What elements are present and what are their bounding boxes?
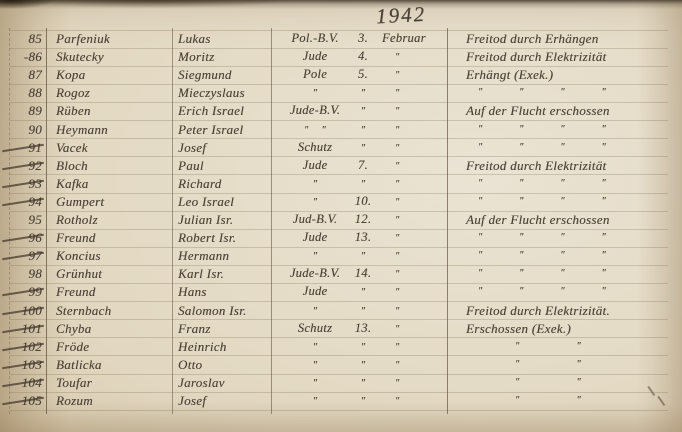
ditto-mark: ″ [577, 374, 581, 392]
date-month: Februar [382, 30, 440, 48]
category: Schutz [274, 320, 356, 338]
table-row: 92BlochPaulJude7.″Freitod durch Elektriz… [0, 157, 682, 175]
date-month: ″ [382, 84, 453, 102]
category: Pole [274, 66, 356, 84]
date-month: ″ [382, 283, 453, 301]
ditto-mark: ″ [519, 139, 523, 157]
date-month: ″ [382, 374, 453, 392]
first-name: Salomon Isr. [178, 302, 247, 320]
row-number: 105 [8, 392, 42, 410]
surname: Parfeniuk [56, 30, 110, 48]
document-scan: 1942 85ParfeniukLukasPol.-B.V.3.FebruarF… [0, 0, 682, 432]
category: ″ [274, 374, 356, 392]
surname: Chyba [56, 320, 91, 338]
table-row: 87KopaSiegmundPole5.″Erhängt (Exek.) [0, 66, 682, 84]
ditto-mark: ″ [313, 88, 317, 99]
ditto-mark: ″ [304, 125, 308, 136]
ditto-mark: ″ [519, 84, 523, 102]
category: ″ [274, 247, 356, 265]
table-row: 105RozumJosef″″″″″ [0, 392, 682, 410]
ditto-mark: ″ [395, 287, 399, 298]
ditto-mark: ″ [577, 392, 581, 410]
date-day: 4. [348, 48, 378, 66]
ditto-mark: ″ [602, 283, 606, 301]
date-day: ″ [348, 338, 378, 356]
surname: Gumpert [56, 193, 104, 211]
date-month: ″ [382, 247, 453, 265]
ditto-mark: ″ [560, 247, 564, 265]
date-day: ″ [348, 84, 378, 102]
date-day: ″ [348, 175, 378, 193]
ditto-mark: ″ [602, 265, 606, 283]
first-name: Otto [178, 356, 202, 374]
row-number: 91 [8, 139, 42, 157]
row-number: 100 [8, 302, 42, 320]
date-day: ″ [348, 102, 378, 120]
date-month: ″ [382, 139, 453, 157]
ditto-mark: ″ [515, 356, 519, 374]
date-day: 14. [348, 265, 378, 283]
category: Jude [274, 48, 356, 66]
first-name: Richard [178, 175, 222, 193]
first-name: Jaroslav [178, 374, 225, 392]
category: ″ [274, 193, 356, 211]
date-month: ″ [382, 102, 453, 120]
ditto-mark: ″ [395, 70, 399, 81]
first-name: Josef [178, 139, 206, 157]
surname: Sternbach [56, 302, 111, 320]
ditto-mark: ″ [602, 84, 606, 102]
category: Jude [274, 283, 356, 301]
ditto-mark: ″ [361, 88, 365, 99]
ditto-mark: ″ [313, 306, 317, 317]
ditto-mark: ″ [519, 229, 523, 247]
row-number: 90 [8, 121, 42, 139]
ditto-mark: ″ [515, 392, 519, 410]
ditto-mark: ″ [395, 106, 399, 117]
ditto-mark: ″ [313, 342, 317, 353]
date-month: ″ [382, 66, 453, 84]
category: Pol.-B.V. [274, 30, 356, 48]
surname: Rüben [56, 102, 91, 120]
ditto-mark: ″ [478, 175, 482, 193]
surname: Vacek [56, 139, 88, 157]
cause-of-death: ″″ [515, 392, 581, 410]
row-number: 103 [8, 356, 42, 374]
ditto-mark: ″ [395, 306, 399, 317]
row-number: 89 [8, 102, 42, 120]
date-month: ″ [382, 229, 453, 247]
date-month: ″ [382, 193, 453, 211]
ditto-mark: ″ [602, 229, 606, 247]
ditto-mark: ″ [560, 229, 564, 247]
table-row: 98GrünhutKarl Isr.Jude-B.V.14.″″″″″ [0, 265, 682, 283]
surname: Bloch [56, 157, 88, 175]
surname: Batlicka [56, 356, 102, 374]
category: Jude-B.V. [274, 102, 356, 120]
ditto-mark: ″ [361, 360, 365, 371]
ditto-mark: ″ [478, 139, 482, 157]
table-row: 85ParfeniukLukasPol.-B.V.3.FebruarFreito… [0, 30, 682, 48]
cause-of-death: ″″″″ [478, 175, 606, 193]
cause-of-death: Freitod durch Elektrizität [466, 157, 606, 175]
date-day: 13. [348, 320, 378, 338]
row-number: 94 [8, 193, 42, 211]
cause-of-death: ″″″″ [478, 283, 606, 301]
table-row: 93KafkaRichard″″″″″″″ [0, 175, 682, 193]
table-row: 97KonciusHermann″″″″″″″ [0, 247, 682, 265]
surname: Freund [56, 283, 96, 301]
ditto-mark: ″ [313, 251, 317, 262]
first-name: Lukas [178, 30, 211, 48]
ditto-mark: ″ [560, 283, 564, 301]
ditto-mark: ″ [395, 269, 399, 280]
surname: Rogoz [56, 84, 90, 102]
row-number: 98 [8, 265, 42, 283]
first-name: Hans [178, 283, 207, 301]
ditto-mark: ″ [361, 378, 365, 389]
ditto-mark: ″ [515, 338, 519, 356]
table-row: 90HeymannPeter Israel″ ″″″″″″″ [0, 121, 682, 139]
category: Jude [274, 157, 356, 175]
table-row: 101ChybaFranzSchutz13.″Erschossen (Exek.… [0, 320, 682, 338]
ditto-mark: ″ [361, 143, 365, 154]
first-name: Hermann [178, 247, 229, 265]
date-day: ″ [348, 356, 378, 374]
row-number: -86 [8, 48, 42, 66]
ditto-mark: ″ [560, 84, 564, 102]
cause-of-death: ″″″″ [478, 84, 606, 102]
ditto-mark: ″ [577, 356, 581, 374]
category: ″ [274, 338, 356, 356]
ditto-mark: ″ [395, 342, 399, 353]
date-month: ″ [382, 320, 453, 338]
ditto-mark: ″ [478, 193, 482, 211]
ditto-mark: ″ [313, 396, 317, 407]
ditto-mark: ″ [361, 251, 365, 262]
cause-of-death: ″″″″ [478, 121, 606, 139]
ditto-mark: ″ [361, 106, 365, 117]
surname: Rotholz [56, 211, 98, 229]
date-day: 3. [348, 30, 378, 48]
ditto-mark: ″ [478, 283, 482, 301]
category: ″ [274, 302, 356, 320]
date-month: ″ [382, 302, 453, 320]
surname: Grünhut [56, 265, 102, 283]
date-day: 10. [348, 193, 378, 211]
date-month: ″ [382, 392, 453, 410]
ditto-mark: ″ [395, 233, 399, 244]
surname: Fröde [56, 338, 89, 356]
row-number: 102 [8, 338, 42, 356]
date-month: ″ [382, 175, 453, 193]
surname: Skutecky [56, 48, 104, 66]
first-name: Paul [178, 157, 204, 175]
ditto-mark: ″ [602, 175, 606, 193]
category: ″ ″ [274, 121, 356, 139]
ditto-mark: ″ [478, 265, 482, 283]
date-day: ″ [348, 392, 378, 410]
ditto-mark: ″ [560, 193, 564, 211]
ditto-mark: ″ [361, 396, 365, 407]
ditto-mark: ″ [602, 139, 606, 157]
cause-of-death: ″″ [515, 374, 581, 392]
date-month: ″ [382, 338, 453, 356]
row-number: 85 [8, 30, 42, 48]
ditto-mark: ″ [395, 360, 399, 371]
cause-of-death: ″″″″ [478, 247, 606, 265]
table-row: 103BatlickaOtto″″″″″ [0, 356, 682, 374]
date-day: 13. [348, 229, 378, 247]
table-row: 95RotholzJulian Isr.Jud-B.V.12.″Auf der … [0, 211, 682, 229]
first-name: Julian Isr. [178, 211, 233, 229]
date-day: ″ [348, 374, 378, 392]
table-row: 94GumpertLeo Israel″10.″″″″″ [0, 193, 682, 211]
table-row: 88RogozMieczyslaus″″″″″″″ [0, 84, 682, 102]
date-day: ″ [348, 121, 378, 139]
row-number: 88 [8, 84, 42, 102]
category: Jude-B.V. [274, 265, 356, 283]
ditto-mark: ″ [560, 265, 564, 283]
date-day: ″ [348, 283, 378, 301]
surname: Toufar [56, 374, 92, 392]
date-month: ″ [382, 211, 453, 229]
ditto-mark: ″ [395, 378, 399, 389]
surname: Kopa [56, 66, 85, 84]
ditto-mark: ″ [602, 193, 606, 211]
first-name: Franz [178, 320, 211, 338]
row-number: 97 [8, 247, 42, 265]
cause-of-death: Freitod durch Erhängen [466, 30, 599, 48]
surname: Kafka [56, 175, 89, 193]
ditto-mark: ″ [478, 84, 482, 102]
first-name: Erich Israel [178, 102, 244, 120]
ditto-mark: ″ [313, 378, 317, 389]
table-row: -86SkuteckyMoritzJude4.″Freitod durch El… [0, 48, 682, 66]
first-name: Mieczyslaus [178, 84, 245, 102]
ditto-mark: ″ [395, 251, 399, 262]
ditto-mark: ″ [519, 247, 523, 265]
table-row: 96FreundRobert Isr.Jude13.″″″″″ [0, 229, 682, 247]
date-day: ″ [348, 247, 378, 265]
ditto-mark: ″ [361, 287, 365, 298]
ditto-mark: ″ [478, 229, 482, 247]
table-row: 100SternbachSalomon Isr.″″″Freitod durch… [0, 302, 682, 320]
first-name: Josef [178, 392, 206, 410]
ditto-mark: ″ [395, 197, 399, 208]
ditto-mark: ″ [560, 175, 564, 193]
row-number: 99 [8, 283, 42, 301]
date-month: ″ [382, 121, 453, 139]
surname: Koncius [56, 247, 101, 265]
date-month: ″ [382, 356, 453, 374]
ditto-mark: ″ [395, 324, 399, 335]
date-month: ″ [382, 265, 453, 283]
ditto-mark: ″ [395, 52, 399, 63]
ditto-mark: ″ [395, 125, 399, 136]
cause-of-death: ″″″″ [478, 229, 606, 247]
first-name: Leo Israel [178, 193, 234, 211]
ditto-mark: ″ [519, 121, 523, 139]
surname: Heymann [56, 121, 108, 139]
category: Schutz [274, 139, 356, 157]
first-name: Peter Israel [178, 121, 243, 139]
first-name: Siegmund [178, 66, 232, 84]
category: Jude [274, 229, 356, 247]
ditto-mark: ″ [322, 125, 326, 136]
table-row: 104ToufarJaroslav″″″″″ [0, 374, 682, 392]
ditto-mark: ″ [577, 338, 581, 356]
category: ″ [274, 175, 356, 193]
ditto-mark: ″ [395, 179, 399, 190]
ditto-mark: ″ [313, 360, 317, 371]
date-day: 12. [348, 211, 378, 229]
ditto-mark: ″ [478, 247, 482, 265]
cause-of-death: ″″″″ [478, 139, 606, 157]
cause-of-death: Auf der Flucht erschossen [466, 102, 610, 120]
row-number: 96 [8, 229, 42, 247]
ditto-mark: ″ [395, 88, 399, 99]
ditto-mark: ″ [602, 121, 606, 139]
cause-of-death: Auf der Flucht erschossen [466, 211, 610, 229]
category: ″ [274, 356, 356, 374]
ditto-mark: ″ [515, 374, 519, 392]
table-row: 89RübenErich IsraelJude-B.V.″″Auf der Fl… [0, 102, 682, 120]
date-day: 7. [348, 157, 378, 175]
cause-of-death: Erhängt (Exek.) [466, 66, 553, 84]
ditto-mark: ″ [519, 283, 523, 301]
ditto-mark: ″ [361, 179, 365, 190]
first-name: Moritz [178, 48, 214, 66]
first-name: Heinrich [178, 338, 227, 356]
row-number: 87 [8, 66, 42, 84]
ditto-mark: ″ [361, 342, 365, 353]
row-number: 92 [8, 157, 42, 175]
first-name: Karl Isr. [178, 265, 224, 283]
ditto-mark: ″ [560, 139, 564, 157]
ditto-mark: ″ [560, 121, 564, 139]
ditto-mark: ″ [361, 306, 365, 317]
ditto-mark: ″ [478, 121, 482, 139]
category: Jud-B.V. [274, 211, 356, 229]
cause-of-death: ″″ [515, 356, 581, 374]
table-row: 99FreundHansJude″″″″″″ [0, 283, 682, 301]
ditto-mark: ″ [519, 175, 523, 193]
row-number: 93 [8, 175, 42, 193]
category: ″ [274, 84, 356, 102]
date-month: ″ [382, 157, 453, 175]
row-number: 104 [8, 374, 42, 392]
date-month: ″ [382, 48, 453, 66]
category: ″ [274, 392, 356, 410]
ditto-mark: ″ [519, 265, 523, 283]
row-number: 95 [8, 211, 42, 229]
ditto-mark: ″ [313, 179, 317, 190]
cause-of-death: Freitod durch Elektrizität [466, 48, 606, 66]
ditto-mark: ″ [395, 396, 399, 407]
cause-of-death: Erschossen (Exek.) [466, 320, 571, 338]
ditto-mark: ″ [395, 143, 399, 154]
ditto-mark: ″ [361, 125, 365, 136]
first-name: Robert Isr. [178, 229, 236, 247]
date-day: ″ [348, 302, 378, 320]
year-heading: 1942 [375, 2, 426, 30]
ditto-mark: ″ [313, 197, 317, 208]
surname: Freund [56, 229, 96, 247]
row-number: 101 [8, 320, 42, 338]
ditto-mark: ″ [395, 215, 399, 226]
cause-of-death: Freitod durch Elektrizität. [466, 302, 610, 320]
cause-of-death: ″″″″ [478, 265, 606, 283]
ditto-mark: ″ [395, 161, 399, 172]
date-day: ″ [348, 139, 378, 157]
cause-of-death: ″″″″ [478, 193, 606, 211]
cause-of-death: ″″ [515, 338, 581, 356]
date-day: 5. [348, 66, 378, 84]
ditto-mark: ″ [602, 247, 606, 265]
ditto-mark: ″ [519, 193, 523, 211]
table-row: 91VacekJosefSchutz″″″″″″ [0, 139, 682, 157]
table-row: 102FrödeHeinrich″″″″″ [0, 338, 682, 356]
surname: Rozum [56, 392, 93, 410]
